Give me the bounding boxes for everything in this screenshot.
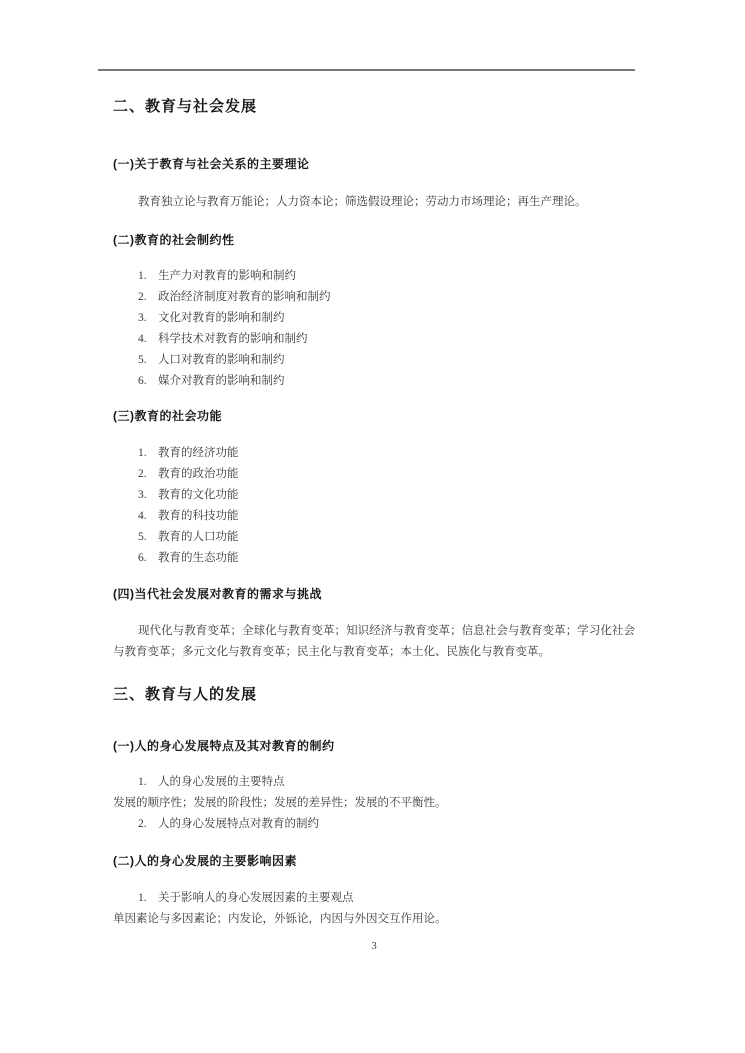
item-text: 关于影响人的身心发展因素的主要观点	[158, 892, 354, 904]
subsection-title: (三)教育的社会功能	[113, 409, 635, 424]
item-number: 1.	[138, 888, 158, 909]
item-text: 文化对教育的影响和制约	[158, 312, 285, 324]
item-text: 政治经济制度对教育的影响和制约	[158, 291, 331, 303]
list-item: 1.关于影响人的身心发展因素的主要观点	[113, 888, 635, 909]
item-number: 6.	[138, 371, 158, 392]
subsection-title: (四)当代社会发展对教育的需求与挑战	[113, 587, 635, 602]
numbered-list: 1.关于影响人的身心发展因素的主要观点 单因素论与多因素论；内发论，外铄论，内因…	[113, 888, 635, 930]
list-detail-line: 单因素论与多因素论；内发论，外铄论，内因与外因交互作用论。	[113, 909, 635, 930]
item-text: 教育的文化功能	[158, 489, 239, 501]
item-number: 2.	[138, 464, 158, 485]
list-item: 2.教育的政治功能	[113, 464, 635, 485]
list-detail-line: 发展的顺序性；发展的阶段性；发展的差异性；发展的不平衡性。	[113, 793, 635, 814]
header-rule	[98, 69, 635, 71]
item-number: 6.	[138, 548, 158, 569]
item-number: 3.	[138, 485, 158, 506]
page-number: 3	[113, 940, 635, 952]
list-item: 2.政治经济制度对教育的影响和制约	[113, 287, 635, 308]
item-number: 5.	[138, 527, 158, 548]
numbered-list: 1.教育的经济功能 2.教育的政治功能 3.教育的文化功能 4.教育的科技功能 …	[113, 443, 635, 569]
item-number: 4.	[138, 329, 158, 350]
item-text: 媒介对教育的影响和制约	[158, 375, 285, 387]
body-paragraph: 教育独立论与教育万能论；人力资本论；筛选假设理论；劳动力市场理论；再生产理论。	[113, 192, 635, 213]
item-number: 4.	[138, 506, 158, 527]
subsection-title: (一)人的身心发展特点及其对教育的制约	[113, 739, 635, 754]
list-item: 4.科学技术对教育的影响和制约	[113, 329, 635, 350]
item-text: 教育的人口功能	[158, 531, 239, 543]
item-text: 人口对教育的影响和制约	[158, 354, 285, 366]
item-text: 教育的经济功能	[158, 447, 239, 459]
list-item: 6.教育的生态功能	[113, 548, 635, 569]
item-number: 1.	[138, 266, 158, 287]
item-number: 2.	[138, 287, 158, 308]
numbered-list: 1.人的身心发展的主要特点 发展的顺序性；发展的阶段性；发展的差异性；发展的不平…	[113, 772, 635, 835]
list-item: 1.教育的经济功能	[113, 443, 635, 464]
subsection-title: (一)关于教育与社会关系的主要理论	[113, 157, 635, 172]
item-text: 发展的顺序性；发展的阶段性；发展的差异性；发展的不平衡性。	[113, 797, 447, 809]
item-text: 教育的生态功能	[158, 552, 239, 564]
item-text: 教育的政治功能	[158, 468, 239, 480]
list-item: 4.教育的科技功能	[113, 506, 635, 527]
item-text: 科学技术对教育的影响和制约	[158, 333, 308, 345]
section-heading: 二、教育与社会发展	[113, 97, 635, 116]
list-item: 3.文化对教育的影响和制约	[113, 308, 635, 329]
list-item: 2.人的身心发展特点对教育的制约	[113, 814, 635, 835]
body-paragraph: 现代化与教育变革；全球化与教育变革；知识经济与教育变革；信息社会与教育变革；学习…	[113, 621, 635, 663]
item-number: 1.	[138, 772, 158, 793]
numbered-list: 1.生产力对教育的影响和制约 2.政治经济制度对教育的影响和制约 3.文化对教育…	[113, 266, 635, 392]
item-text: 人的身心发展的主要特点	[158, 776, 285, 788]
item-text: 单因素论与多因素论；内发论，外铄论，内因与外因交互作用论。	[113, 913, 447, 925]
section-heading: 三、教育与人的发展	[113, 685, 635, 704]
item-number: 3.	[138, 308, 158, 329]
item-text: 教育的科技功能	[158, 510, 239, 522]
item-text: 生产力对教育的影响和制约	[158, 270, 296, 282]
list-item: 1.生产力对教育的影响和制约	[113, 266, 635, 287]
list-item: 1.人的身心发展的主要特点	[113, 772, 635, 793]
list-item: 6.媒介对教育的影响和制约	[113, 371, 635, 392]
item-number: 1.	[138, 443, 158, 464]
subsection-title: (二)人的身心发展的主要影响因素	[113, 854, 635, 869]
item-text: 人的身心发展特点对教育的制约	[158, 818, 319, 830]
list-item: 3.教育的文化功能	[113, 485, 635, 506]
document-page: 二、教育与社会发展 (一)关于教育与社会关系的主要理论 教育独立论与教育万能论；…	[113, 97, 635, 952]
item-number: 2.	[138, 814, 158, 835]
list-item: 5.人口对教育的影响和制约	[113, 350, 635, 371]
list-item: 5.教育的人口功能	[113, 527, 635, 548]
item-number: 5.	[138, 350, 158, 371]
subsection-title: (二)教育的社会制约性	[113, 233, 635, 248]
